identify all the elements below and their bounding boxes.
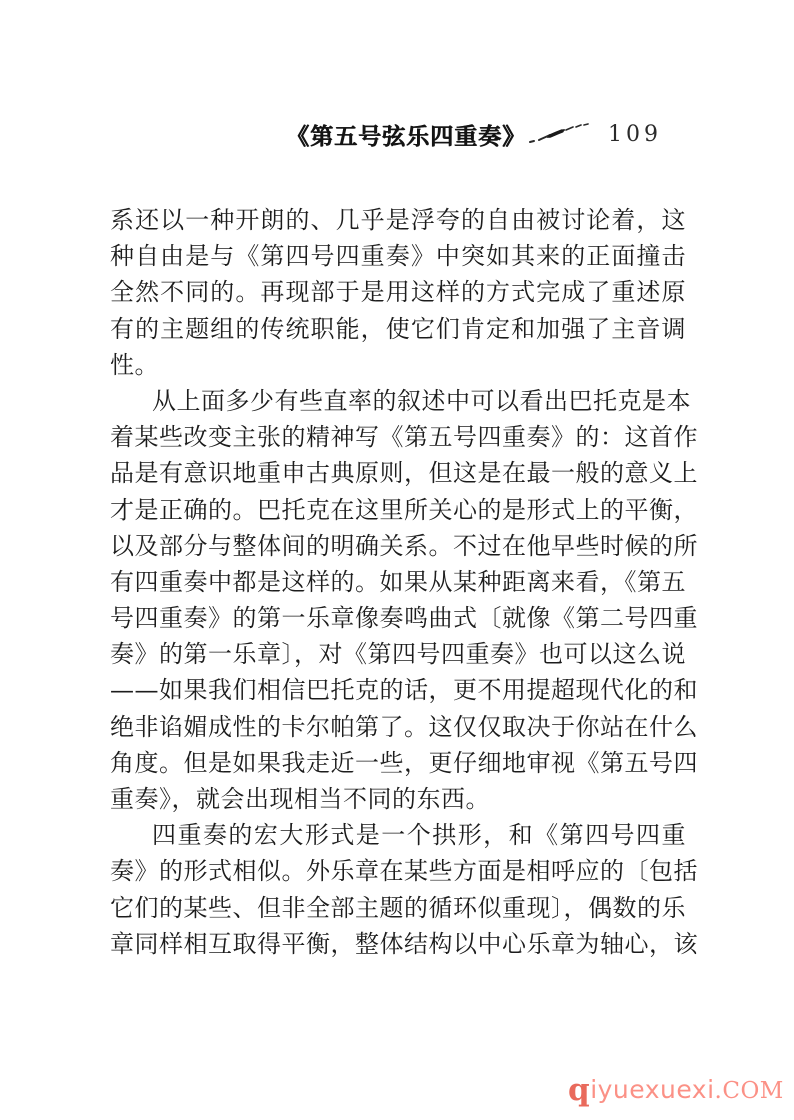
text-line: 角度。但是如果我走近一些，更仔细地审视《第五号四: [110, 745, 686, 781]
text-line: 重奏》，就会出现相当不同的东西。: [110, 781, 686, 817]
text-line: 以及部分与整体间的明确关系。不过在他早些时候的所: [110, 528, 686, 564]
text-block: 系还以一种开朗的、几乎是浮夸的自由被讨论着，这种自由是与《第四号四重奏》中突如其…: [110, 202, 686, 962]
text-line: 从上面多少有些直率的叙述中可以看出巴托克是本: [110, 383, 686, 419]
site-watermark: qiyuexuexi.COM: [568, 1072, 784, 1108]
watermark-prefix: q: [568, 1072, 590, 1108]
text-line: 它们的某些、但非全部主题的循环似重现〕，偶数的乐: [110, 890, 686, 926]
page-number: 109: [608, 122, 662, 147]
running-title: 《第五号弦乐四重奏》: [286, 118, 526, 151]
text-line: 全然不同的。再现部于是用这样的方式完成了重述原: [110, 274, 686, 310]
text-line: 绝非谄媚成性的卡尔帕第了。这仅仅取决于你站在什么: [110, 709, 686, 745]
text-line: 奏》的形式相似。外乐章在某些方面是相呼应的〔包括: [110, 853, 686, 889]
text-line: 四重奏的宏大形式是一个拱形，和《第四号四重: [110, 817, 686, 853]
text-line: 才是正确的。巴托克在这里所关心的是形式上的平衡，: [110, 492, 686, 528]
text-line: 性。: [110, 347, 686, 383]
text-line: ——如果我们相信巴托克的话，更不用提超现代化的和: [110, 672, 686, 708]
page-header: 《第五号弦乐四重奏》 109: [0, 114, 794, 150]
text-line: 系还以一种开朗的、几乎是浮夸的自由被讨论着，这: [110, 202, 686, 238]
text-line: 号四重奏》的第一乐章像奏鸣曲式〔就像《第二号四重: [110, 600, 686, 636]
pen-scribble-icon: [528, 120, 592, 146]
text-line: 品是有意识地重申古典原则，但这是在最一般的意义上: [110, 455, 686, 491]
text-line: 种自由是与《第四号四重奏》中突如其来的正面撞击: [110, 238, 686, 274]
text-line: 章同样相互取得平衡，整体结构以中心乐章为轴心，该: [110, 926, 686, 962]
text-line: 着某些改变主张的精神写《第五号四重奏》的：这首作: [110, 419, 686, 455]
watermark-suffix: .COM: [715, 1078, 784, 1104]
book-page: 《第五号弦乐四重奏》 109 系还以一种开朗的、几乎是浮夸的自由被讨论着，这种自…: [0, 0, 794, 1120]
text-line: 奏》的第一乐章〕，对《第四号四重奏》也可以这么说: [110, 636, 686, 672]
watermark-middle: iyuexuexi: [590, 1075, 714, 1104]
text-line: 有的主题组的传统职能，使它们肯定和加强了主音调: [110, 311, 686, 347]
text-line: 有四重奏中都是这样的。如果从某种距离来看，《第五: [110, 564, 686, 600]
